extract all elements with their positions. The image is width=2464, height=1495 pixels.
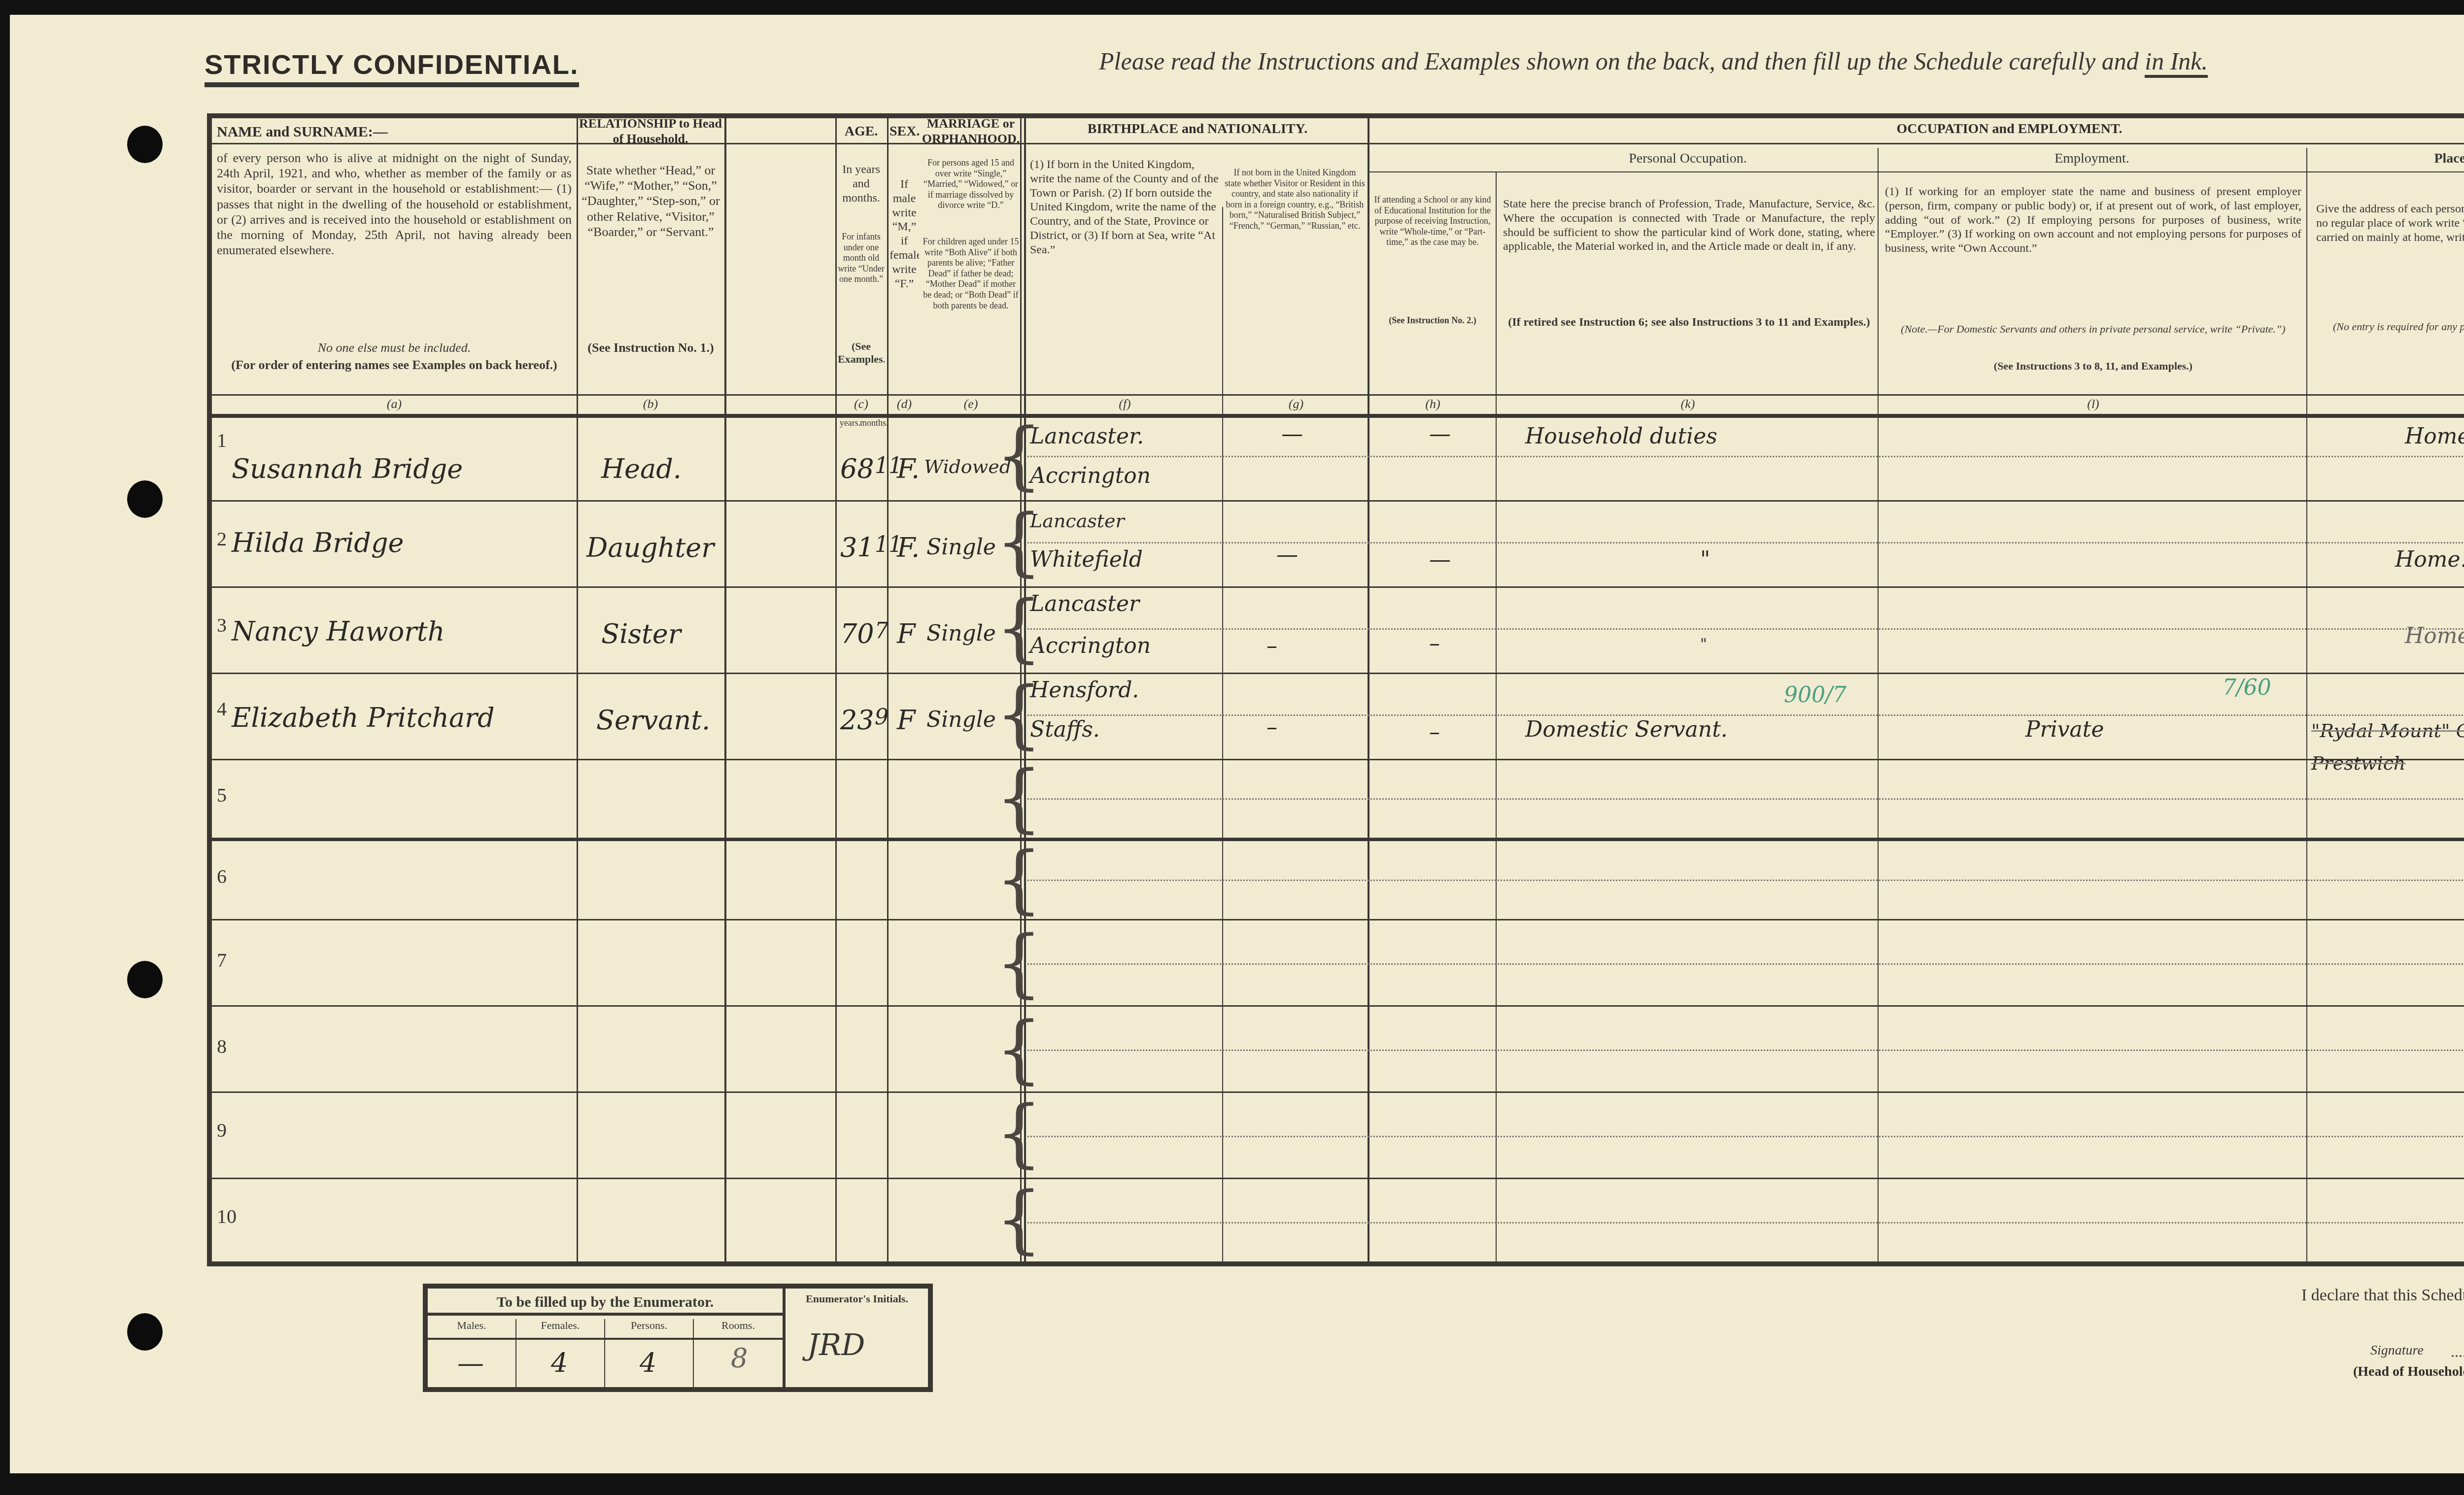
occupation: Household duties: [1525, 424, 1717, 449]
row-number: 1: [217, 429, 227, 452]
mid-dotted-line: [1027, 880, 2464, 881]
col-l-title: Employment.: [1880, 150, 2304, 167]
mid-dotted-line: [1027, 628, 2464, 630]
col-m-note: (No entry is required for any person who…: [2316, 320, 2464, 333]
birthplace-county: Hensford.: [1030, 678, 1139, 703]
enumerator-initials: JRD: [807, 1328, 865, 1362]
col-h-body: If attending a School or any kind of Edu…: [1371, 195, 1494, 248]
enumerator-initials-label: Enumerator's Initials.: [786, 1292, 928, 1305]
col-k-body: State here the precise branch of Profess…: [1503, 197, 1875, 254]
person-name: Nancy Haworth: [232, 616, 445, 647]
education: —: [1429, 547, 1451, 572]
col-letter: (k): [1498, 397, 1878, 411]
person-name: Susannah Bridge: [232, 453, 463, 484]
age-months: 9: [875, 705, 889, 730]
col-fg-title: BIRTHPLACE and NATIONALITY.: [1027, 121, 1368, 137]
col-divider: [1222, 207, 1223, 1264]
row-divider: [209, 1091, 2464, 1093]
occupation-code: 900/7: [1784, 682, 1847, 708]
mid-dotted-line: [1027, 1050, 2464, 1051]
mid-dotted-line: [1027, 456, 2464, 457]
age-months: 7: [875, 618, 889, 644]
col-h-note: (See Instruction No. 2.): [1371, 315, 1494, 326]
col-m-title: Place of Work.: [2309, 150, 2464, 167]
row-divider: [209, 673, 2464, 674]
col-letter: (h): [1370, 397, 1496, 411]
punch-hole: [127, 1313, 163, 1351]
brace-mark: {: [995, 761, 1042, 835]
col-b-title: RELATIONSHIP to Head of Household.: [579, 116, 722, 146]
age-years-label: years.: [838, 418, 862, 429]
birthplace-town: Accrington: [1030, 463, 1151, 488]
age-years: 68: [840, 453, 874, 484]
row-divider-thick: [209, 838, 2464, 841]
education: –: [1429, 719, 1440, 745]
mid-dotted-line: [1027, 1222, 2464, 1223]
instructions-ink: in Ink.: [2145, 47, 2208, 78]
row-number: 6: [217, 865, 227, 888]
col-l-body: (1) If working for an employer state the…: [1885, 185, 2301, 256]
row-number: 3: [217, 613, 227, 637]
col-letter: (d): [890, 397, 919, 411]
household-schedule-table: [207, 113, 2464, 1266]
sex: F.: [897, 453, 920, 484]
birthplace-county: Lancaster: [1030, 591, 1139, 616]
mid-dotted-line: [1027, 714, 2464, 716]
row-number: 7: [217, 949, 227, 972]
col-letter: (e): [922, 397, 1020, 411]
col-occ-title: OCCUPATION and EMPLOYMENT.: [1372, 121, 2464, 137]
birthplace-county: Lancaster: [1030, 510, 1125, 532]
brace-mark: {: [995, 1013, 1042, 1087]
mid-dotted-line: [1027, 963, 2464, 965]
col-letter: (l): [1880, 397, 2306, 411]
nationality: —: [1276, 542, 1298, 567]
col-d-body: If male write “M,” if female write “F.”: [890, 177, 919, 291]
birthplace-county: Lancaster.: [1030, 424, 1144, 449]
col-l-see: (See Instructions 3 to 8, 11, and Exampl…: [1885, 360, 2301, 373]
rooms-count: 8: [731, 1343, 748, 1374]
age-years: 23: [840, 705, 874, 736]
relationship: Servant.: [596, 705, 710, 736]
nationality: –: [1266, 714, 1277, 740]
box-divider: [428, 1338, 783, 1340]
col-e-children: For children aged under 15 write “Both A…: [922, 237, 1020, 311]
col-a-order: (For order of entering names see Example…: [217, 357, 572, 373]
marital-status: Single: [926, 621, 996, 646]
employment: Private: [2025, 717, 2104, 742]
col-letter: (f): [1027, 397, 1222, 411]
enumerator-summary-box: To be filled up by the Enumerator. Enume…: [423, 1284, 933, 1392]
brace-mark: {: [995, 1096, 1042, 1170]
instructions-text: Please read the Instructions and Example…: [1099, 47, 2145, 75]
mid-dotted-line: [1027, 542, 2464, 544]
row-divider: [209, 759, 2464, 760]
education: –: [1429, 631, 1440, 656]
signature-caption: (Head of Household, Manager of Establish…: [2353, 1364, 2464, 1380]
workplace: "Rydal Mount" Glebelands Road Prestwich: [2311, 714, 2464, 780]
workplace: Home.: [2405, 623, 2464, 648]
age-years: 31: [840, 532, 874, 563]
birthplace-town: Whitefield: [1030, 547, 1143, 572]
col-a-title: NAME and SURNAME:—: [217, 123, 572, 141]
header-divider: [209, 394, 2464, 396]
col-divider: [1878, 148, 1879, 1264]
col-c-note: (See Examples.): [838, 340, 885, 366]
col-f-body: (1) If born in the United Kingdom, write…: [1030, 158, 1220, 257]
col-e-body: For persons aged 15 and over write “Sing…: [922, 158, 1020, 211]
females-count: 4: [551, 1348, 568, 1379]
punch-hole: [127, 961, 163, 998]
col-c-body: In years and months.: [838, 163, 885, 205]
relationship: Head.: [601, 453, 682, 484]
education: —: [1429, 421, 1451, 446]
col-b-note: (See Instruction No. 1.): [581, 340, 721, 355]
nationality: –: [1266, 633, 1277, 658]
relationship: Sister: [601, 618, 681, 649]
col-e-title: MARRIAGE or ORPHANHOOD.: [922, 116, 1020, 146]
col-k-title: Personal Occupation.: [1498, 150, 1878, 167]
persons-count: 4: [640, 1348, 656, 1379]
punch-hole: [127, 126, 163, 163]
col-divider: [1496, 172, 1497, 1264]
age-months-label: months.: [860, 418, 887, 429]
workplace: Home.: [2395, 547, 2464, 572]
sex: F.: [897, 532, 920, 563]
row-divider: [209, 586, 2464, 588]
marital-status: Single: [926, 535, 996, 560]
col-l-note: (Note.—For Domestic Servants and others …: [1885, 323, 2301, 336]
col-d-title: SEX.: [890, 123, 919, 140]
row-number: 5: [217, 783, 227, 807]
declaration-text: I declare that this Schedule is correctl…: [2301, 1286, 2464, 1305]
confidential-title: STRICTLY CONFIDENTIAL.: [205, 48, 579, 87]
occupation: ": [1700, 547, 1710, 572]
birthplace-town: Accrington: [1030, 633, 1151, 658]
occupation: Domestic Servant.: [1525, 717, 1728, 742]
row-number: 2: [217, 527, 227, 550]
row-divider: [209, 1005, 2464, 1007]
col-letter: (c): [838, 397, 885, 411]
col-letter: (b): [579, 397, 722, 411]
males-count: —: [457, 1348, 484, 1379]
brace-mark: {: [995, 926, 1042, 1000]
col-a-note: No one else must be included.: [217, 340, 572, 355]
brace-mark: {: [995, 843, 1042, 917]
header-bottom-rule: [209, 414, 2464, 418]
birthplace-town: Staffs.: [1030, 717, 1100, 742]
employment-code: 7/60: [2223, 675, 2271, 700]
row-number: 4: [217, 697, 227, 720]
marital-status: Widowed: [924, 456, 1011, 477]
col-k-note: (If retired see Instruction 6; see also …: [1503, 315, 1875, 330]
person-name: Hilda Bridge: [232, 527, 404, 558]
col-a-body: of every person who is alive at midnight…: [217, 150, 572, 258]
row-divider: [209, 500, 2464, 502]
col-c-title: AGE.: [838, 123, 885, 140]
row-number: 10: [217, 1205, 237, 1228]
fill-instructions: Please read the Instructions and Example…: [1099, 47, 2208, 75]
person-name: Elizabeth Pritchard: [232, 702, 495, 733]
col-letter: (m): [2309, 397, 2464, 411]
row-number: 8: [217, 1035, 227, 1058]
mid-dotted-line: [1027, 798, 2464, 800]
sex: F: [897, 705, 915, 736]
age-years: 70: [840, 618, 874, 649]
col-letter: (a): [217, 397, 572, 411]
enumerator-box-title: To be filled up by the Enumerator.: [428, 1289, 783, 1316]
col-m-body: Give the address of each person's place …: [2316, 202, 2464, 244]
occupation: ": [1700, 636, 1707, 653]
row-divider: [209, 1178, 2464, 1179]
marital-status: Single: [926, 707, 996, 732]
sex: F: [897, 618, 915, 649]
col-g-body: If not born in the United Kingdom state …: [1225, 168, 1365, 232]
col-c-infants: For infants under one month old write “U…: [838, 232, 885, 285]
relationship: Daughter: [586, 532, 714, 563]
punch-hole: [127, 480, 163, 518]
row-number: 9: [217, 1119, 227, 1142]
col-letter: (g): [1225, 397, 1368, 411]
brace-mark: {: [995, 1183, 1042, 1257]
header-divider: [1368, 171, 2464, 172]
header-divider: [209, 143, 2464, 144]
signature-label: Signature: [2370, 1343, 2424, 1359]
nationality: —: [1281, 421, 1303, 446]
signature-line: [2452, 1355, 2464, 1357]
col-divider: [2306, 148, 2307, 1264]
row-divider: [209, 919, 2464, 920]
col-b-body: State whether “Head,” or “Wife,” “Mother…: [581, 163, 721, 239]
workplace: Home.: [2405, 424, 2464, 449]
mid-dotted-line: [1027, 1136, 2464, 1137]
